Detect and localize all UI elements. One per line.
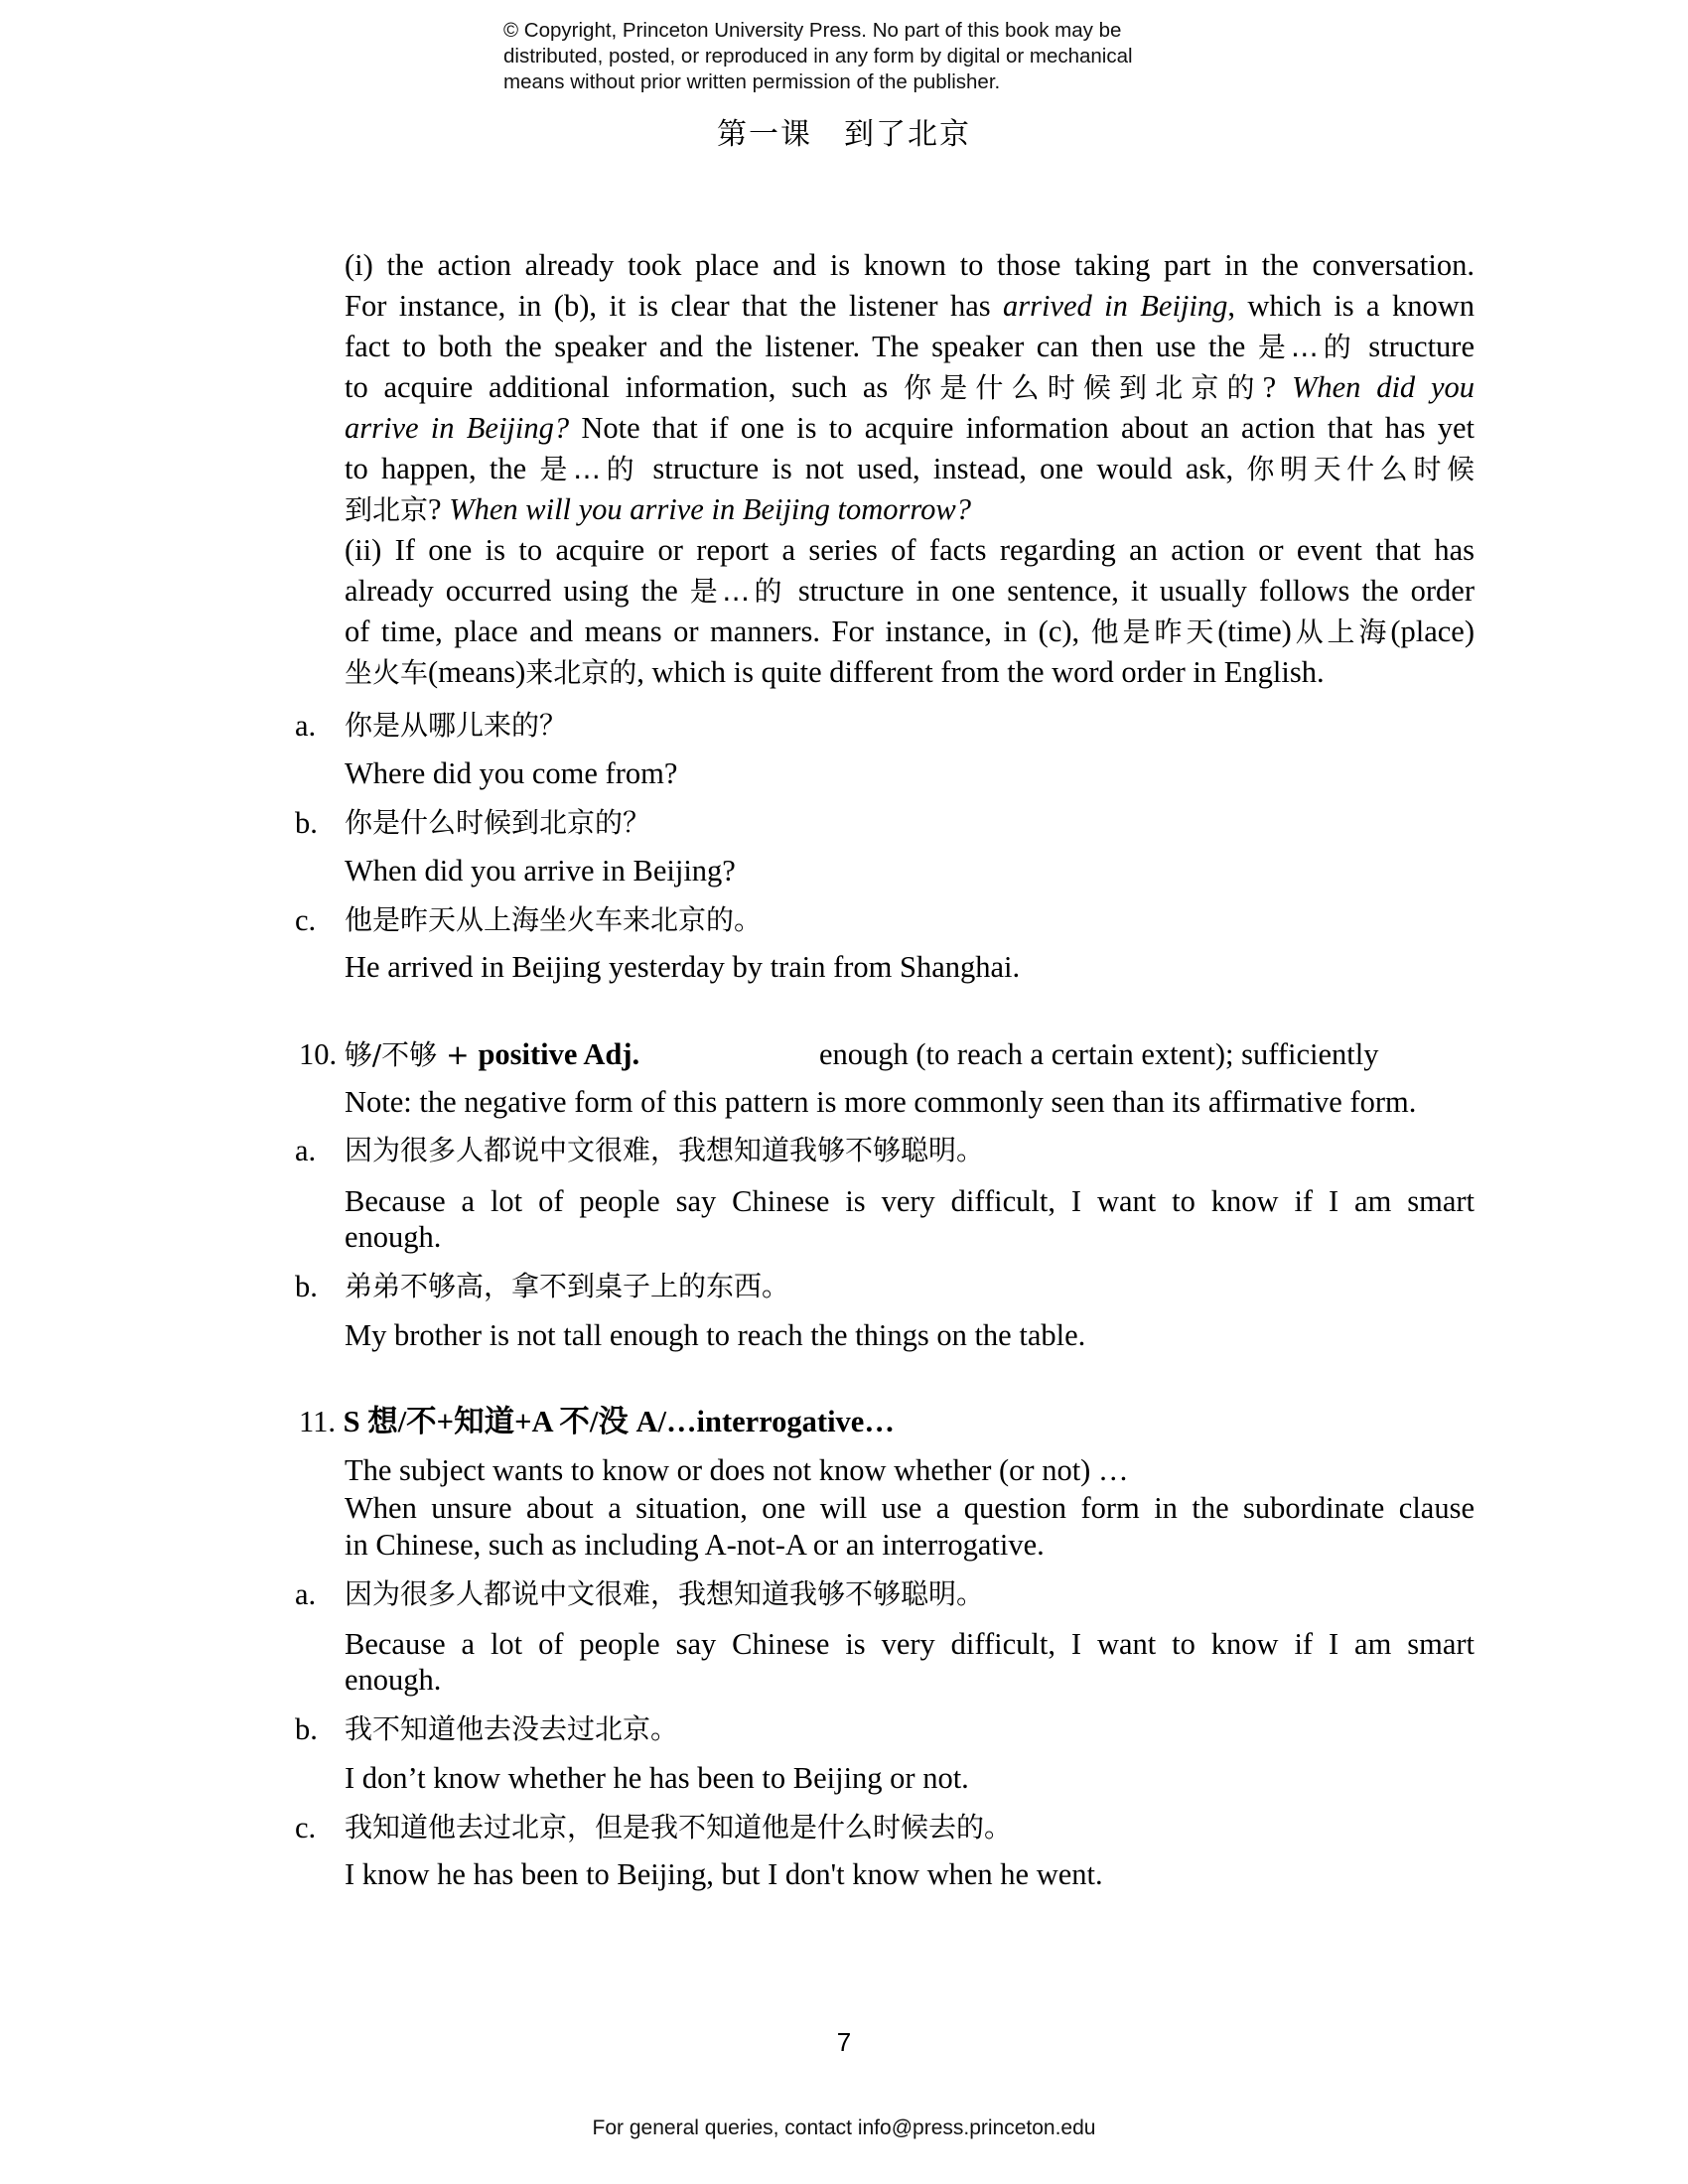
example-chinese: 他是昨天从上海坐火车来北京的。: [345, 901, 1475, 939]
grammar-point-number: 11.: [299, 1405, 336, 1438]
example-chinese: 弟弟不够高，拿不到桌子上的东西。: [345, 1268, 1475, 1305]
paragraph-line: (ii) If one is to acquire or report a se…: [345, 531, 1475, 569]
paragraph-line: of time, place and means or manners. For…: [345, 613, 1475, 651]
example-english: My brother is not tall enough to reach t…: [345, 1316, 1475, 1354]
paragraph-line: fact to both the speaker and the listene…: [345, 328, 1475, 366]
pattern-bold: S 想/不+知道+A 不/没 A/…interrogative…: [344, 1405, 895, 1438]
example-english: Because a lot of people say Chinese is v…: [345, 1625, 1475, 1663]
example-english: I know he has been to Beijing, but I don…: [345, 1855, 1475, 1893]
example-english-cont: enough.: [345, 1661, 1475, 1699]
example-english-cont: enough.: [345, 1218, 1475, 1256]
pattern-bold: positive Adj.: [478, 1037, 639, 1071]
example-chinese: 你是从哪儿来的？: [345, 707, 1475, 745]
copyright-line-2: distributed, posted, or reproduced in an…: [503, 44, 1133, 69]
chapter-title: 第一课 到了北京: [0, 109, 1688, 153]
pattern-explanation: When unsure about a situation, one will …: [345, 1489, 1475, 1527]
copyright-line-1: © Copyright, Princeton University Press.…: [503, 18, 1121, 44]
example-label: a.: [295, 1132, 316, 1169]
paragraph-line: 坐火车(means)来北京的, which is quite different…: [345, 653, 1475, 692]
example-label: a.: [295, 1575, 316, 1613]
example-label: b.: [295, 804, 318, 842]
pattern-note: Note: the negative form of this pattern …: [345, 1083, 1475, 1121]
example-english: He arrived in Beijing yesterday by train…: [345, 948, 1475, 986]
example-chinese: 我不知道他去没去过北京。: [345, 1710, 1475, 1748]
example-chinese: 你是什么时候到北京的？: [345, 804, 1475, 842]
example-label: a.: [295, 707, 316, 745]
example-label: c.: [295, 901, 316, 939]
example-english: Because a lot of people say Chinese is v…: [345, 1182, 1475, 1220]
grammar-point-number: 10.: [299, 1037, 337, 1071]
paragraph-line: arrive in Beijing? Note that if one is t…: [345, 409, 1475, 447]
example-label: c.: [295, 1809, 316, 1846]
copyright-line-3: means without prior written permission o…: [503, 69, 1000, 95]
example-english: I don’t know whether he has been to Beij…: [345, 1759, 1475, 1797]
paragraph-line: to acquire additional information, such …: [345, 368, 1475, 407]
paragraph-line: (i) the action already took place and is…: [345, 246, 1475, 284]
paragraph-line: already occurred using the 是…的 structure…: [345, 572, 1475, 611]
paragraph-line: 到北京? When will you arrive in Beijing tom…: [345, 490, 1475, 529]
pattern-definition: enough (to reach a certain extent); suff…: [819, 1035, 1378, 1073]
grammar-point-heading: 11. S 想/不+知道+A 不/没 A/…interrogative…: [299, 1403, 895, 1440]
paragraph-line: For instance, in (b), it is clear that t…: [345, 287, 1475, 325]
example-chinese: 因为很多人都说中文很难，我想知道我够不够聪明。: [345, 1575, 1475, 1613]
example-english: When did you arrive in Beijing?: [345, 852, 1475, 889]
example-chinese: 我知道他去过北京，但是我不知道他是什么时候去的。: [345, 1809, 1475, 1846]
pattern-explanation: The subject wants to know or does not kn…: [345, 1451, 1475, 1489]
example-english: Where did you come from?: [345, 754, 1475, 792]
paragraph-line: to happen, the 是…的 structure is not used…: [345, 450, 1475, 488]
example-label: b.: [295, 1268, 318, 1305]
example-label: b.: [295, 1710, 318, 1748]
pattern-chinese: 够/不够 +: [345, 1038, 479, 1071]
page-number: 7: [0, 2027, 1688, 2058]
grammar-point-heading: 10. 够/不够 + positive Adj.: [299, 1035, 639, 1074]
example-chinese: 因为很多人都说中文很难，我想知道我够不够聪明。: [345, 1132, 1475, 1169]
pattern-explanation: in Chinese, such as including A-not-A or…: [345, 1526, 1475, 1564]
footer-contact: For general queries, contact info@press.…: [0, 2116, 1688, 2140]
